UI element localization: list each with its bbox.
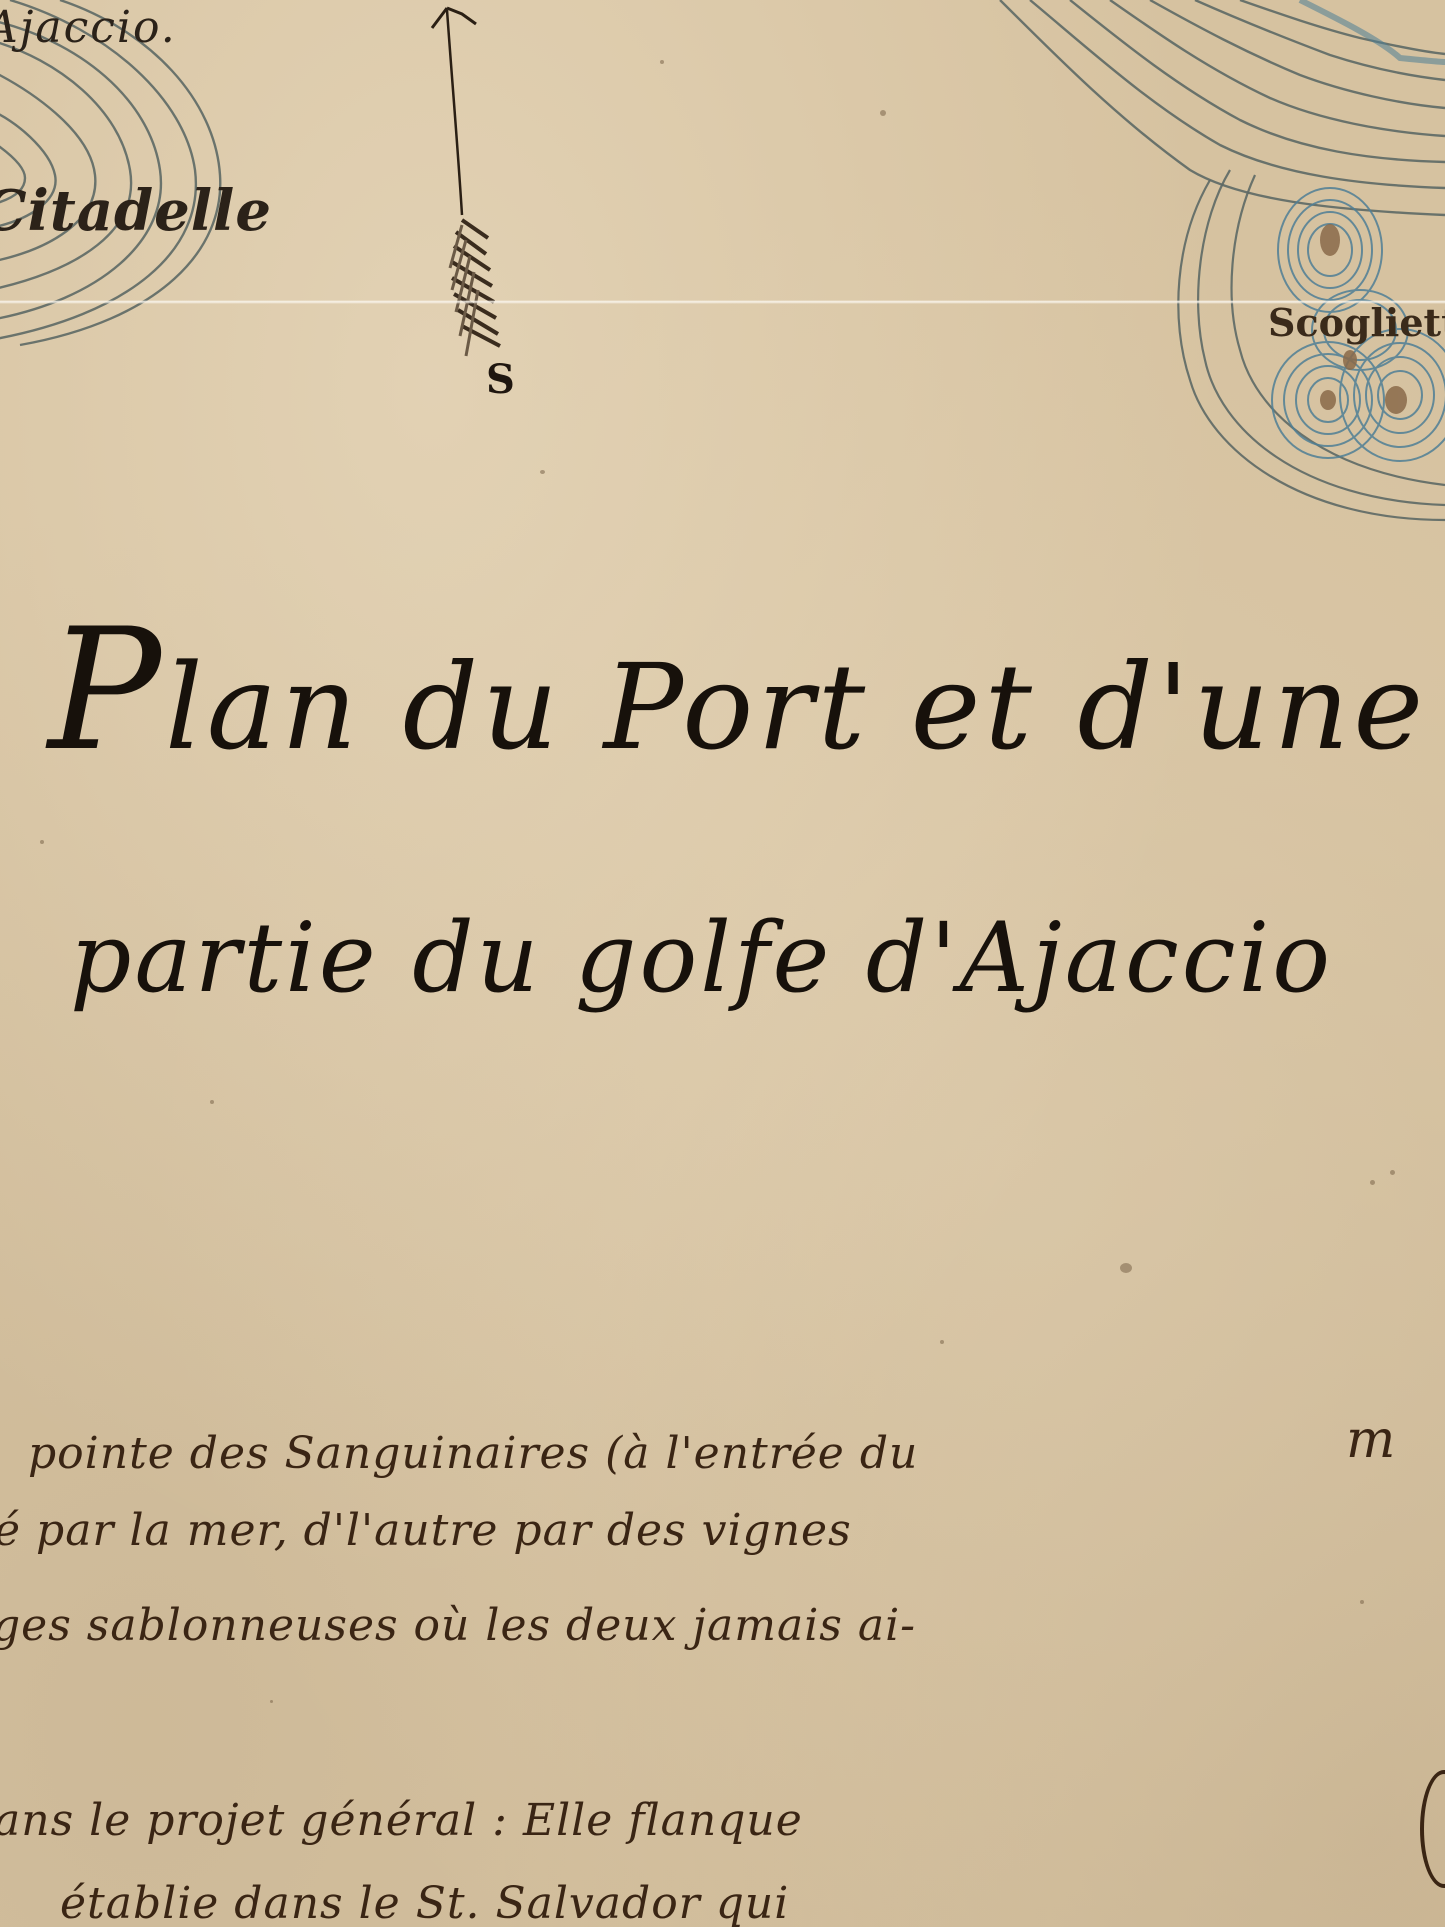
- title-initial-capital: P: [48, 592, 165, 788]
- place-label-scoglietti: Scoglietti: [1268, 300, 1445, 345]
- title-line-2: partie du golfe d'Ajaccio: [70, 902, 1333, 1014]
- place-label-ajaccio: Ajaccio.: [0, 2, 177, 53]
- manuscript-line: ans le projet général : Elle flanque: [0, 1795, 803, 1846]
- manuscript-line: établie dans le St. Salvador qui: [60, 1878, 789, 1927]
- title-line-1-text: lan du Port et d'une: [165, 638, 1427, 776]
- manuscript-line: pointe des Sanguinaires (à l'entrée du: [28, 1428, 918, 1479]
- compass-south-letter: S: [486, 356, 515, 403]
- manuscript-line: ges sablonneuses où les deux jamais ai-: [0, 1600, 916, 1651]
- title-line-1: Plan du Port et d'une: [48, 592, 1427, 788]
- place-label-citadelle: Citadelle: [0, 178, 272, 244]
- manuscript-right-column-fragment: m: [1346, 1410, 1396, 1470]
- manuscript-line: é par la mer, d'l'autre par des vignes: [0, 1505, 852, 1556]
- paper-fold-crease: [0, 300, 1445, 304]
- parchment-sheet: Ajaccio. Citadelle Scoglietti S Plan du …: [0, 0, 1445, 1927]
